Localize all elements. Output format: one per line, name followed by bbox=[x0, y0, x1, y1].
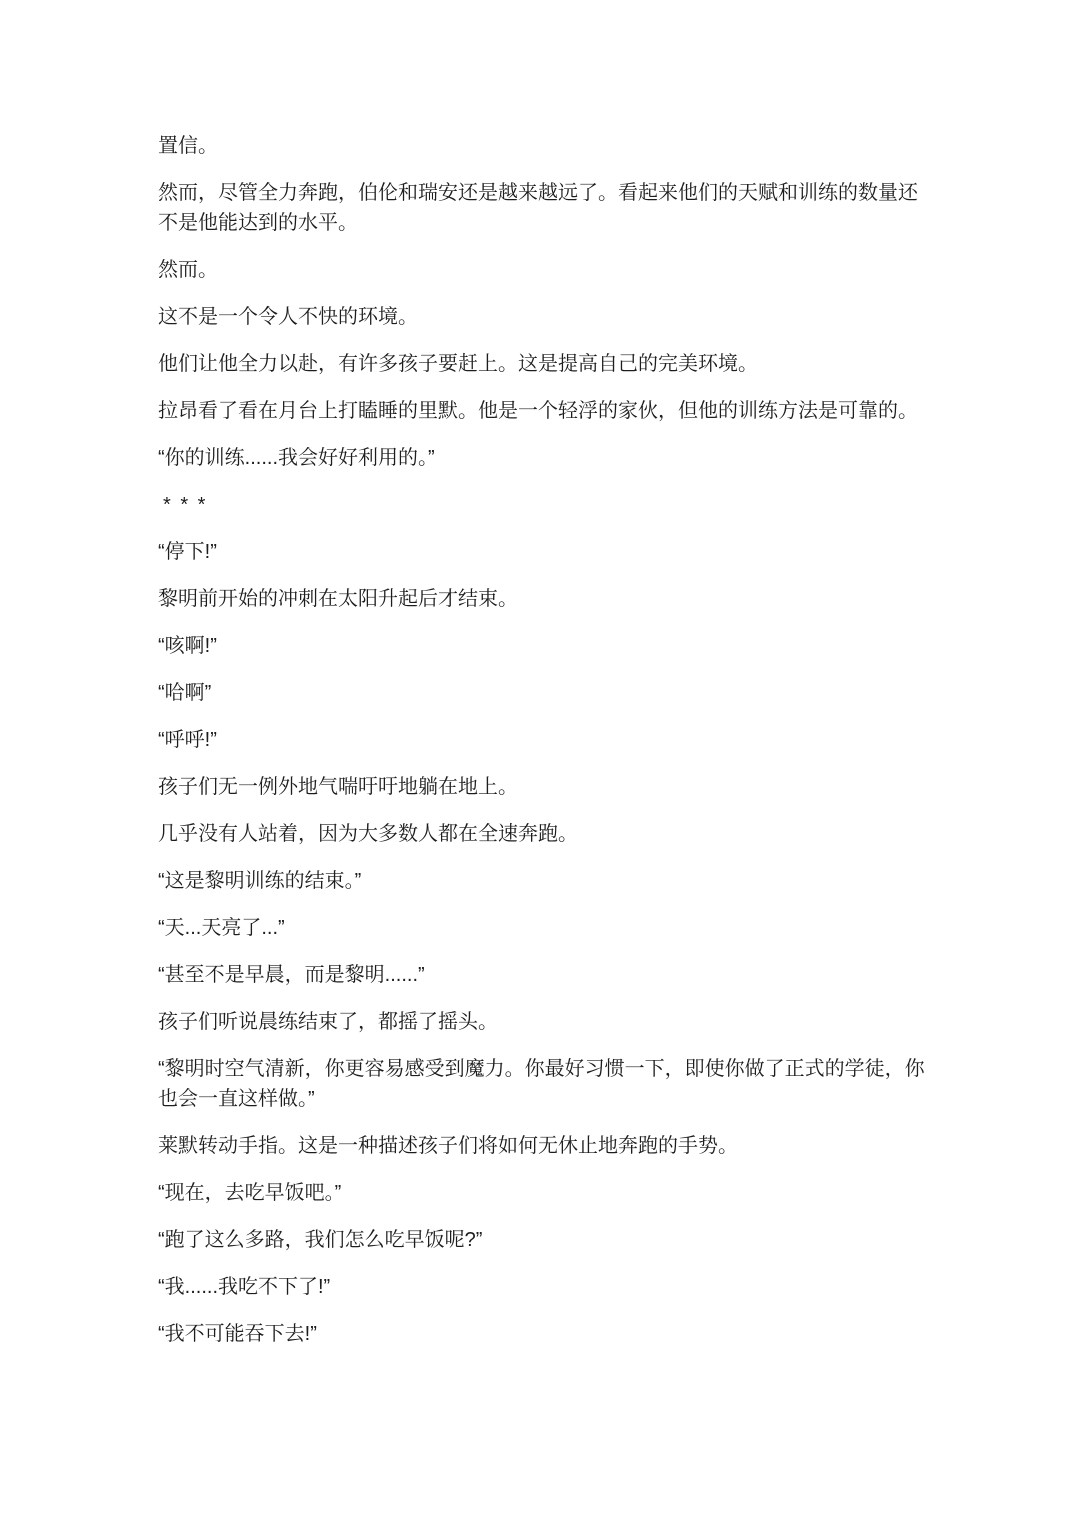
paragraph: “哈啊” bbox=[158, 678, 930, 708]
paragraph: “你的训练......我会好好利用的。” bbox=[158, 443, 930, 473]
paragraph: 然而，尽管全力奔跑，伯伦和瑞安还是越来越远了。看起来他们的天赋和训练的数量还不是… bbox=[158, 178, 930, 238]
paragraph: “这是黎明训练的结束。” bbox=[158, 866, 930, 896]
paragraph: “我不可能吞下去!” bbox=[158, 1319, 930, 1349]
paragraph: 莱默转动手指。这是一种描述孩子们将如何无休止地奔跑的手势。 bbox=[158, 1131, 930, 1161]
paragraph: 然而。 bbox=[158, 255, 930, 285]
paragraph: 拉昂看了看在月台上打瞌睡的里默。他是一个轻浮的家伙，但他的训练方法是可靠的。 bbox=[158, 396, 930, 426]
paragraph: “呼呼!” bbox=[158, 725, 930, 755]
paragraph: “跑了这么多路，我们怎么吃早饭呢?” bbox=[158, 1225, 930, 1255]
paragraph: “甚至不是早晨，而是黎明......” bbox=[158, 960, 930, 990]
paragraph: 孩子们无一例外地气喘吁吁地躺在地上。 bbox=[158, 772, 930, 802]
document-body: 置信。然而，尽管全力奔跑，伯伦和瑞安还是越来越远了。看起来他们的天赋和训练的数量… bbox=[0, 0, 1074, 1349]
paragraph: “现在，去吃早饭吧。” bbox=[158, 1178, 930, 1208]
paragraph: 几乎没有人站着，因为大多数人都在全速奔跑。 bbox=[158, 819, 930, 849]
paragraph: 置信。 bbox=[158, 131, 930, 161]
paragraph: “我......我吃不下了!” bbox=[158, 1272, 930, 1302]
paragraph: 他们让他全力以赴，有许多孩子要赶上。这是提高自己的完美环境。 bbox=[158, 349, 930, 379]
scene-separator: * * * bbox=[158, 490, 930, 520]
paragraph: 孩子们听说晨练结束了，都摇了摇头。 bbox=[158, 1007, 930, 1037]
document-page: 置信。然而，尽管全力奔跑，伯伦和瑞安还是越来越远了。看起来他们的天赋和训练的数量… bbox=[0, 0, 1074, 1519]
paragraph: “天...天亮了...” bbox=[158, 913, 930, 943]
paragraph: “咳啊!” bbox=[158, 631, 930, 661]
paragraph: 黎明前开始的冲刺在太阳升起后才结束。 bbox=[158, 584, 930, 614]
paragraph: 这不是一个令人不快的环境。 bbox=[158, 302, 930, 332]
paragraph: “停下!” bbox=[158, 537, 930, 567]
paragraph: “黎明时空气清新，你更容易感受到魔力。你最好习惯一下，即使你做了正式的学徒，你也… bbox=[158, 1054, 930, 1114]
